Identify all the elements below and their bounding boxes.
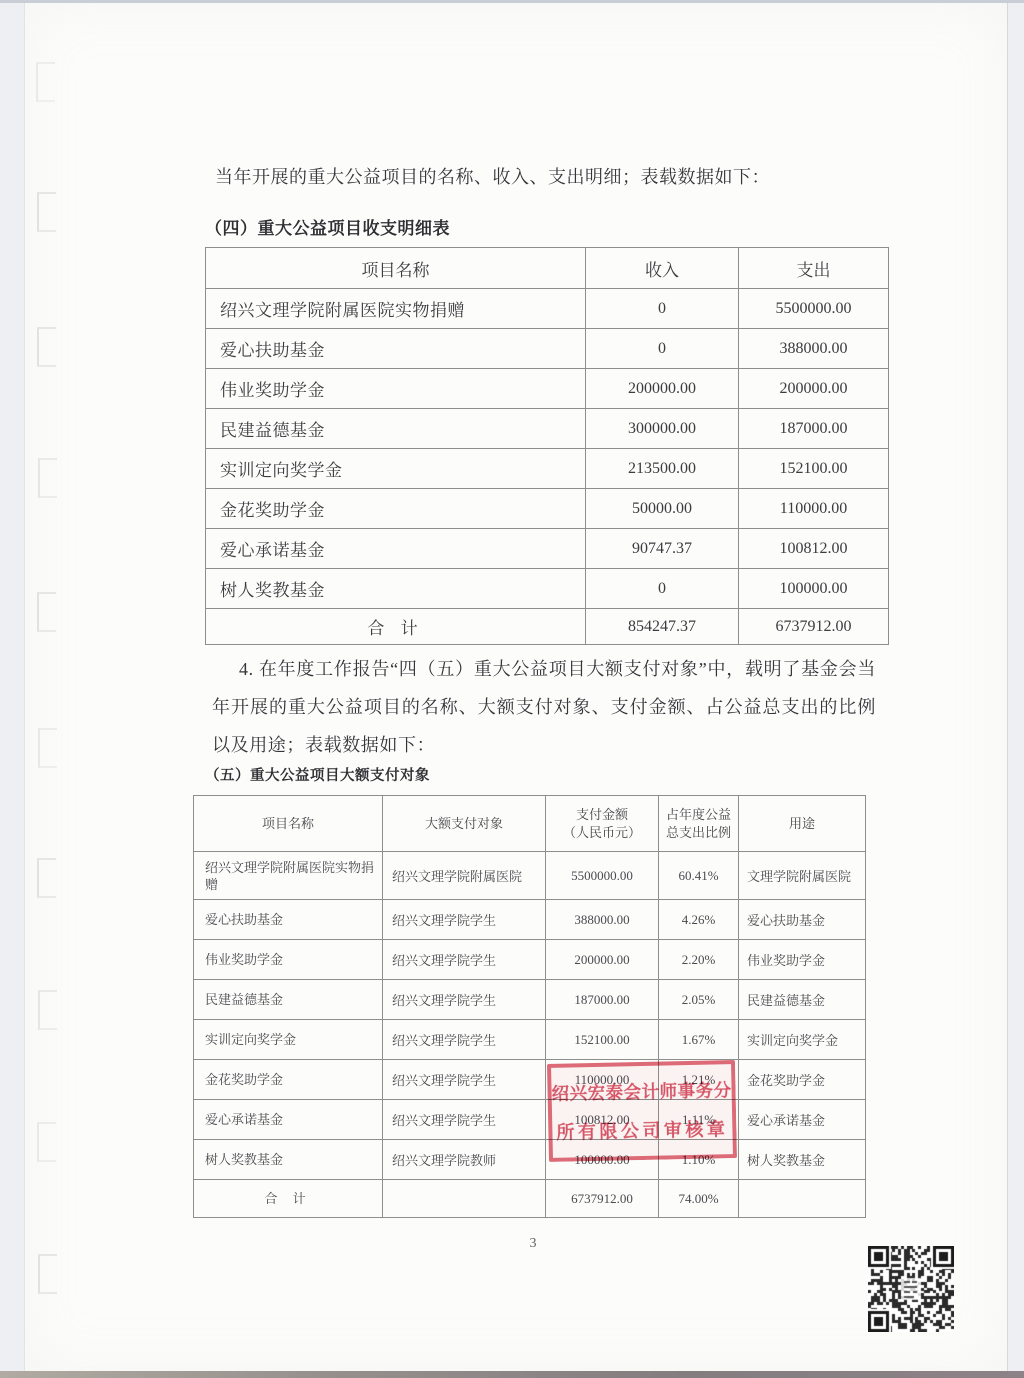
binder-mark <box>37 192 56 232</box>
income-cell: 200000.00 <box>586 369 739 409</box>
purpose-cell: 文理学院附属医院 <box>739 852 866 900</box>
total-income-cell: 854247.37 <box>586 609 739 645</box>
column-header-percent: 占年度公益 总支出比例 <box>659 796 739 852</box>
binder-mark <box>38 990 57 1030</box>
binder-mark <box>38 728 57 768</box>
project-name-cell: 树人奖教基金 <box>206 569 586 609</box>
project-name-cell: 民建益德基金 <box>194 980 383 1020</box>
payee-cell: 绍兴文理学院学生 <box>383 900 546 940</box>
payee-cell: 绍兴文理学院学生 <box>383 1100 546 1140</box>
table-row: 树人奖教基金0100000.00 <box>206 569 889 609</box>
major-payment-table: 项目名称 大额支付对象 支付金额 （人民币元） 占年度公益 总支出比例 用途 绍… <box>193 795 866 1218</box>
column-header-amount: 支付金额 （人民币元） <box>546 796 659 852</box>
expense-cell: 152100.00 <box>739 449 889 489</box>
percent-cell: 60.41% <box>659 852 739 900</box>
table5-title: （五）重大公益项目大额支付对象 <box>205 764 430 785</box>
table-row: 民建益德基金300000.00187000.00 <box>206 409 889 449</box>
payee-cell: 绍兴文理学院学生 <box>383 1020 546 1060</box>
qr-code <box>868 1246 954 1332</box>
binder-mark <box>37 327 56 367</box>
income-cell: 0 <box>586 329 739 369</box>
total-percent-cell: 74.00% <box>659 1180 739 1218</box>
scan-edge-bottom <box>0 1371 1024 1378</box>
payee-cell: 绍兴文理学院教师 <box>383 1140 546 1180</box>
amount-cell: 5500000.00 <box>546 852 659 900</box>
binder-mark <box>37 592 56 632</box>
purpose-cell: 树人奖教基金 <box>739 1140 866 1180</box>
table-row: 绍兴文理学院附属医院实物捐赠绍兴文理学院附属医院5500000.0060.41%… <box>194 852 866 900</box>
table-row: 实训定向奖学金213500.00152100.00 <box>206 449 889 489</box>
project-name-cell: 爱心承诺基金 <box>194 1100 383 1140</box>
income-cell: 0 <box>586 569 739 609</box>
table-row: 民建益德基金绍兴文理学院学生187000.002.05%民建益德基金 <box>194 980 866 1020</box>
amount-cell: 200000.00 <box>546 940 659 980</box>
amount-cell: 388000.00 <box>546 900 659 940</box>
empty-cell <box>383 1180 546 1218</box>
table-row: 伟业奖助学金200000.00200000.00 <box>206 369 889 409</box>
empty-cell <box>739 1180 866 1218</box>
income-cell: 90747.37 <box>586 529 739 569</box>
expense-cell: 110000.00 <box>739 489 889 529</box>
income-cell: 0 <box>586 289 739 329</box>
income-expense-table: 项目名称 收入 支出 绍兴文理学院附属医院实物捐赠05500000.00爱心扶助… <box>205 247 889 645</box>
scanned-page: 当年开展的重大公益项目的名称、收入、支出明细；表载数据如下： （四）重大公益项目… <box>0 0 1024 1378</box>
table-row: 爱心承诺基金90747.37100812.00 <box>206 529 889 569</box>
total-label: 合 计 <box>206 609 586 645</box>
column-header-purpose: 用途 <box>739 796 866 852</box>
binder-mark <box>38 1254 57 1294</box>
income-cell: 50000.00 <box>586 489 739 529</box>
table-row: 树人奖教基金绍兴文理学院教师100000.001.10%树人奖教基金 <box>194 1140 866 1180</box>
percent-cell: 2.20% <box>659 940 739 980</box>
binder-mark <box>38 458 57 498</box>
table-row: 金花奖助学金50000.00110000.00 <box>206 489 889 529</box>
table-header-row: 项目名称 收入 支出 <box>206 248 889 289</box>
project-name-cell: 金花奖助学金 <box>194 1060 383 1100</box>
expense-cell: 388000.00 <box>739 329 889 369</box>
project-name-cell: 爱心扶助基金 <box>206 329 586 369</box>
table4-title: （四）重大公益项目收支明细表 <box>205 214 450 239</box>
binder-mark <box>37 1122 56 1162</box>
expense-cell: 200000.00 <box>739 369 889 409</box>
intro-line: 当年开展的重大公益项目的名称、收入、支出明细；表载数据如下： <box>215 163 880 189</box>
income-cell: 213500.00 <box>586 449 739 489</box>
purpose-cell: 实训定向奖学金 <box>739 1020 866 1060</box>
payee-cell: 绍兴文理学院附属医院 <box>383 852 546 900</box>
percent-cell: 1.67% <box>659 1020 739 1060</box>
project-name-cell: 绍兴文理学院附属医院实物捐赠 <box>206 289 586 329</box>
project-name-cell: 爱心扶助基金 <box>194 900 383 940</box>
purpose-cell: 爱心承诺基金 <box>739 1100 866 1140</box>
amount-cell: 187000.00 <box>546 980 659 1020</box>
stamp-line-2: 所有限公司审核章 <box>552 1115 733 1145</box>
table-row: 金花奖助学金绍兴文理学院学生110000.001.21%金花奖助学金 <box>194 1060 866 1100</box>
project-name-cell: 爱心承诺基金 <box>206 529 586 569</box>
expense-cell: 5500000.00 <box>739 289 889 329</box>
table-row: 爱心承诺基金绍兴文理学院学生100812.001.11%爱心承诺基金 <box>194 1100 866 1140</box>
paragraph-4: 4. 在年度工作报告“四（五）重大公益项目大额支付对象”中，载明了基金会当年开展… <box>212 650 876 764</box>
total-row: 合 计 6737912.00 74.00% <box>194 1180 866 1218</box>
page-number: 3 <box>521 1236 545 1252</box>
audit-stamp: 绍兴宏泰会计师事务分 所有限公司审核章 <box>547 1060 737 1162</box>
column-header-project: 项目名称 <box>206 248 586 289</box>
project-name-cell: 树人奖教基金 <box>194 1140 383 1180</box>
project-name-cell: 伟业奖助学金 <box>206 369 586 409</box>
table-header-row: 项目名称 大额支付对象 支付金额 （人民币元） 占年度公益 总支出比例 用途 <box>194 796 866 852</box>
expense-cell: 187000.00 <box>739 409 889 449</box>
purpose-cell: 金花奖助学金 <box>739 1060 866 1100</box>
expense-cell: 100000.00 <box>739 569 889 609</box>
project-name-cell: 民建益德基金 <box>206 409 586 449</box>
total-row: 合 计 854247.37 6737912.00 <box>206 609 889 645</box>
payee-cell: 绍兴文理学院学生 <box>383 980 546 1020</box>
payee-cell: 绍兴文理学院学生 <box>383 940 546 980</box>
table-row: 实训定向奖学金绍兴文理学院学生152100.001.67%实训定向奖学金 <box>194 1020 866 1060</box>
binder-mark <box>36 62 55 102</box>
total-amount-cell: 6737912.00 <box>546 1180 659 1218</box>
column-header-income: 收入 <box>586 248 739 289</box>
purpose-cell: 伟业奖助学金 <box>739 940 866 980</box>
expense-cell: 100812.00 <box>739 529 889 569</box>
total-label: 合 计 <box>194 1180 383 1218</box>
project-name-cell: 实训定向奖学金 <box>206 449 586 489</box>
payee-cell: 绍兴文理学院学生 <box>383 1060 546 1100</box>
stamp-line-1: 绍兴宏泰会计师事务分 <box>551 1077 731 1106</box>
project-name-cell: 实训定向奖学金 <box>194 1020 383 1060</box>
table-row: 爱心扶助基金0388000.00 <box>206 329 889 369</box>
binder-mark <box>37 858 56 898</box>
purpose-cell: 爱心扶助基金 <box>739 900 866 940</box>
percent-cell: 2.05% <box>659 980 739 1020</box>
table-row: 伟业奖助学金绍兴文理学院学生200000.002.20%伟业奖助学金 <box>194 940 866 980</box>
column-header-payee: 大额支付对象 <box>383 796 546 852</box>
income-cell: 300000.00 <box>586 409 739 449</box>
project-name-cell: 绍兴文理学院附属医院实物捐赠 <box>194 852 383 900</box>
project-name-cell: 伟业奖助学金 <box>194 940 383 980</box>
table-row: 绍兴文理学院附属医院实物捐赠05500000.00 <box>206 289 889 329</box>
amount-cell: 152100.00 <box>546 1020 659 1060</box>
project-name-cell: 金花奖助学金 <box>206 489 586 529</box>
percent-cell: 4.26% <box>659 900 739 940</box>
purpose-cell: 民建益德基金 <box>739 980 866 1020</box>
table-row: 爱心扶助基金绍兴文理学院学生388000.004.26%爱心扶助基金 <box>194 900 866 940</box>
total-expense-cell: 6737912.00 <box>739 609 889 645</box>
column-header-project: 项目名称 <box>194 796 383 852</box>
column-header-expense: 支出 <box>739 248 889 289</box>
